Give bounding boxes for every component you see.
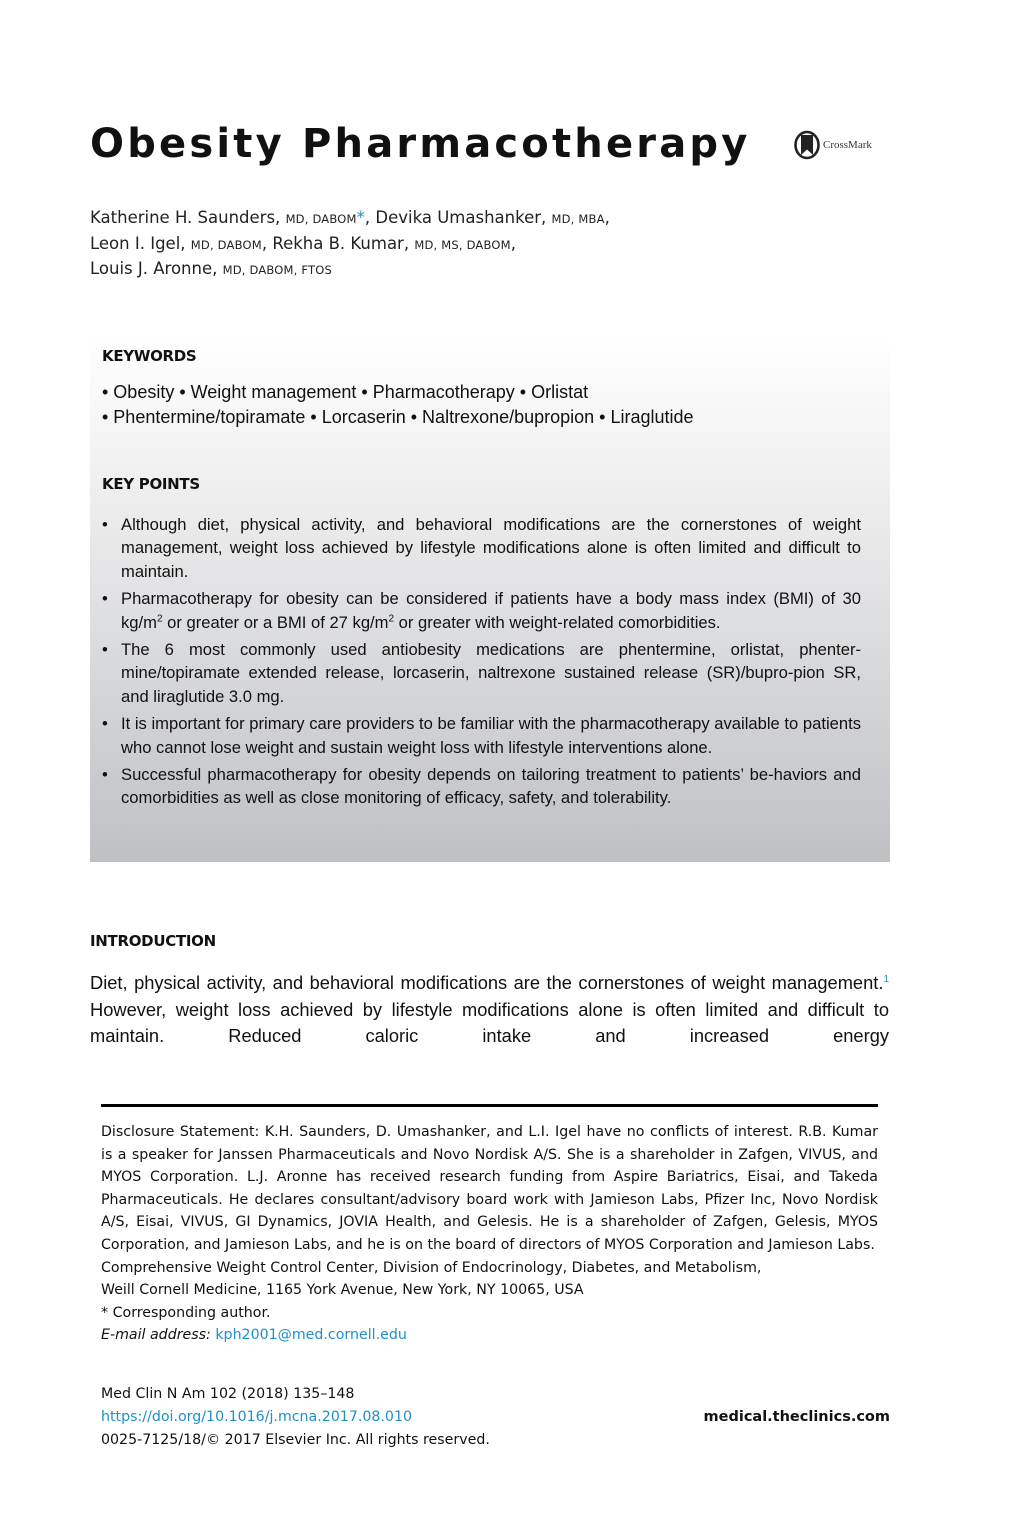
- bullet-icon: •: [102, 587, 108, 610]
- email-link[interactable]: kph2001@med.cornell.edu: [215, 1327, 406, 1343]
- body-text: Diet, physical activity, and behavioral …: [90, 972, 883, 993]
- key-point-item: •The 6 most commonly used antiobesity me…: [102, 638, 861, 708]
- key-points-list: •Although diet, physical activity, and b…: [102, 513, 861, 814]
- author-name: Louis J. Aronne,: [90, 259, 217, 278]
- key-point-item: •Pharmacotherapy for obesity can be cons…: [102, 587, 861, 634]
- article-title: Obesity Pharmacotherapy: [90, 118, 751, 170]
- email-label: E-mail address:: [101, 1327, 211, 1343]
- author-line: Leon I. Igel, MD, DABOM, Rekha B. Kumar,…: [90, 232, 610, 258]
- reference-link[interactable]: 1: [883, 974, 889, 985]
- bullet-icon: •: [102, 513, 108, 536]
- introduction-paragraph: Diet, physical activity, and behavioral …: [90, 970, 889, 1050]
- email-line: E-mail address: kph2001@med.cornell.edu: [101, 1324, 878, 1347]
- key-point-item: •It is important for primary care provid…: [102, 712, 861, 759]
- corresponding-author-note: * Corresponding author.: [101, 1302, 878, 1325]
- footnote-divider: [101, 1104, 878, 1107]
- footnotes: Disclosure Statement: K.H. Saunders, D. …: [101, 1121, 878, 1347]
- key-point-text: It is important for primary care provide…: [121, 714, 861, 756]
- bullet-icon: •: [102, 712, 108, 735]
- copyright-line: 0025-7125/18/© 2017 Elsevier Inc. All ri…: [101, 1429, 890, 1452]
- introduction-heading: INTRODUCTION: [90, 932, 216, 950]
- bullet-icon: •: [102, 763, 108, 786]
- keywords-list: • Obesity • Weight management • Pharmaco…: [102, 380, 872, 430]
- key-point-text: The 6 most commonly used antiobesity med…: [121, 640, 861, 706]
- author-degrees: MD, MS, DABOM: [414, 238, 510, 252]
- key-points-heading: KEY POINTS: [102, 475, 200, 493]
- author-degrees: MD, DABOM, FTOS: [223, 263, 332, 277]
- author-degrees: MD, MBA: [552, 212, 605, 226]
- author-name: Devika Umashanker,: [375, 208, 546, 227]
- key-point-text: Successful pharmacotherapy for obesity d…: [121, 765, 861, 807]
- author-name: Katherine H. Saunders,: [90, 208, 280, 227]
- bullet-icon: •: [102, 638, 108, 661]
- author-degrees: MD, DABOM: [286, 212, 357, 226]
- keywords-keypoints-box: KEYWORDS • Obesity • Weight management •…: [90, 335, 890, 862]
- crossmark-icon: [794, 130, 820, 160]
- separator: ,: [605, 208, 610, 227]
- key-point-item: •Successful pharmacotherapy for obesity …: [102, 763, 861, 810]
- disclosure-statement: Disclosure Statement: K.H. Saunders, D. …: [101, 1121, 878, 1257]
- corresponding-author-mark[interactable]: *: [357, 208, 365, 227]
- author-degrees: MD, DABOM: [191, 238, 262, 252]
- journal-website-link[interactable]: medical.theclinics.com: [704, 1406, 890, 1429]
- crossmark-label: CrossMark: [823, 139, 872, 151]
- body-text: However, weight loss achieved by lifesty…: [90, 999, 889, 1047]
- author-line: Louis J. Aronne, MD, DABOM, FTOS: [90, 257, 610, 283]
- affiliation-line: Comprehensive Weight Control Center, Div…: [101, 1257, 878, 1280]
- separator: ,: [262, 234, 267, 253]
- keywords-line: • Phentermine/topiramate • Lorcaserin • …: [102, 405, 872, 430]
- crossmark-badge[interactable]: CrossMark: [794, 130, 872, 160]
- citation-block: Med Clin N Am 102 (2018) 135–148 https:/…: [101, 1383, 890, 1452]
- author-name: Rekha B. Kumar,: [272, 234, 409, 253]
- affiliation-line: Weill Cornell Medicine, 1165 York Avenue…: [101, 1279, 878, 1302]
- keywords-line: • Obesity • Weight management • Pharmaco…: [102, 380, 872, 405]
- key-point-text: or greater or a BMI of 27 kg/m: [163, 613, 389, 632]
- key-point-text: or greater with weight-related comorbidi…: [394, 613, 721, 632]
- author-line: Katherine H. Saunders, MD, DABOM*, Devik…: [90, 206, 610, 232]
- author-list: Katherine H. Saunders, MD, DABOM*, Devik…: [90, 206, 610, 283]
- separator: ,: [511, 234, 516, 253]
- key-point-item: •Although diet, physical activity, and b…: [102, 513, 861, 583]
- author-name: Leon I. Igel,: [90, 234, 186, 253]
- key-point-text: Although diet, physical activity, and be…: [121, 515, 861, 581]
- separator: ,: [365, 208, 370, 227]
- journal-citation: Med Clin N Am 102 (2018) 135–148: [101, 1383, 890, 1406]
- keywords-heading: KEYWORDS: [102, 347, 196, 365]
